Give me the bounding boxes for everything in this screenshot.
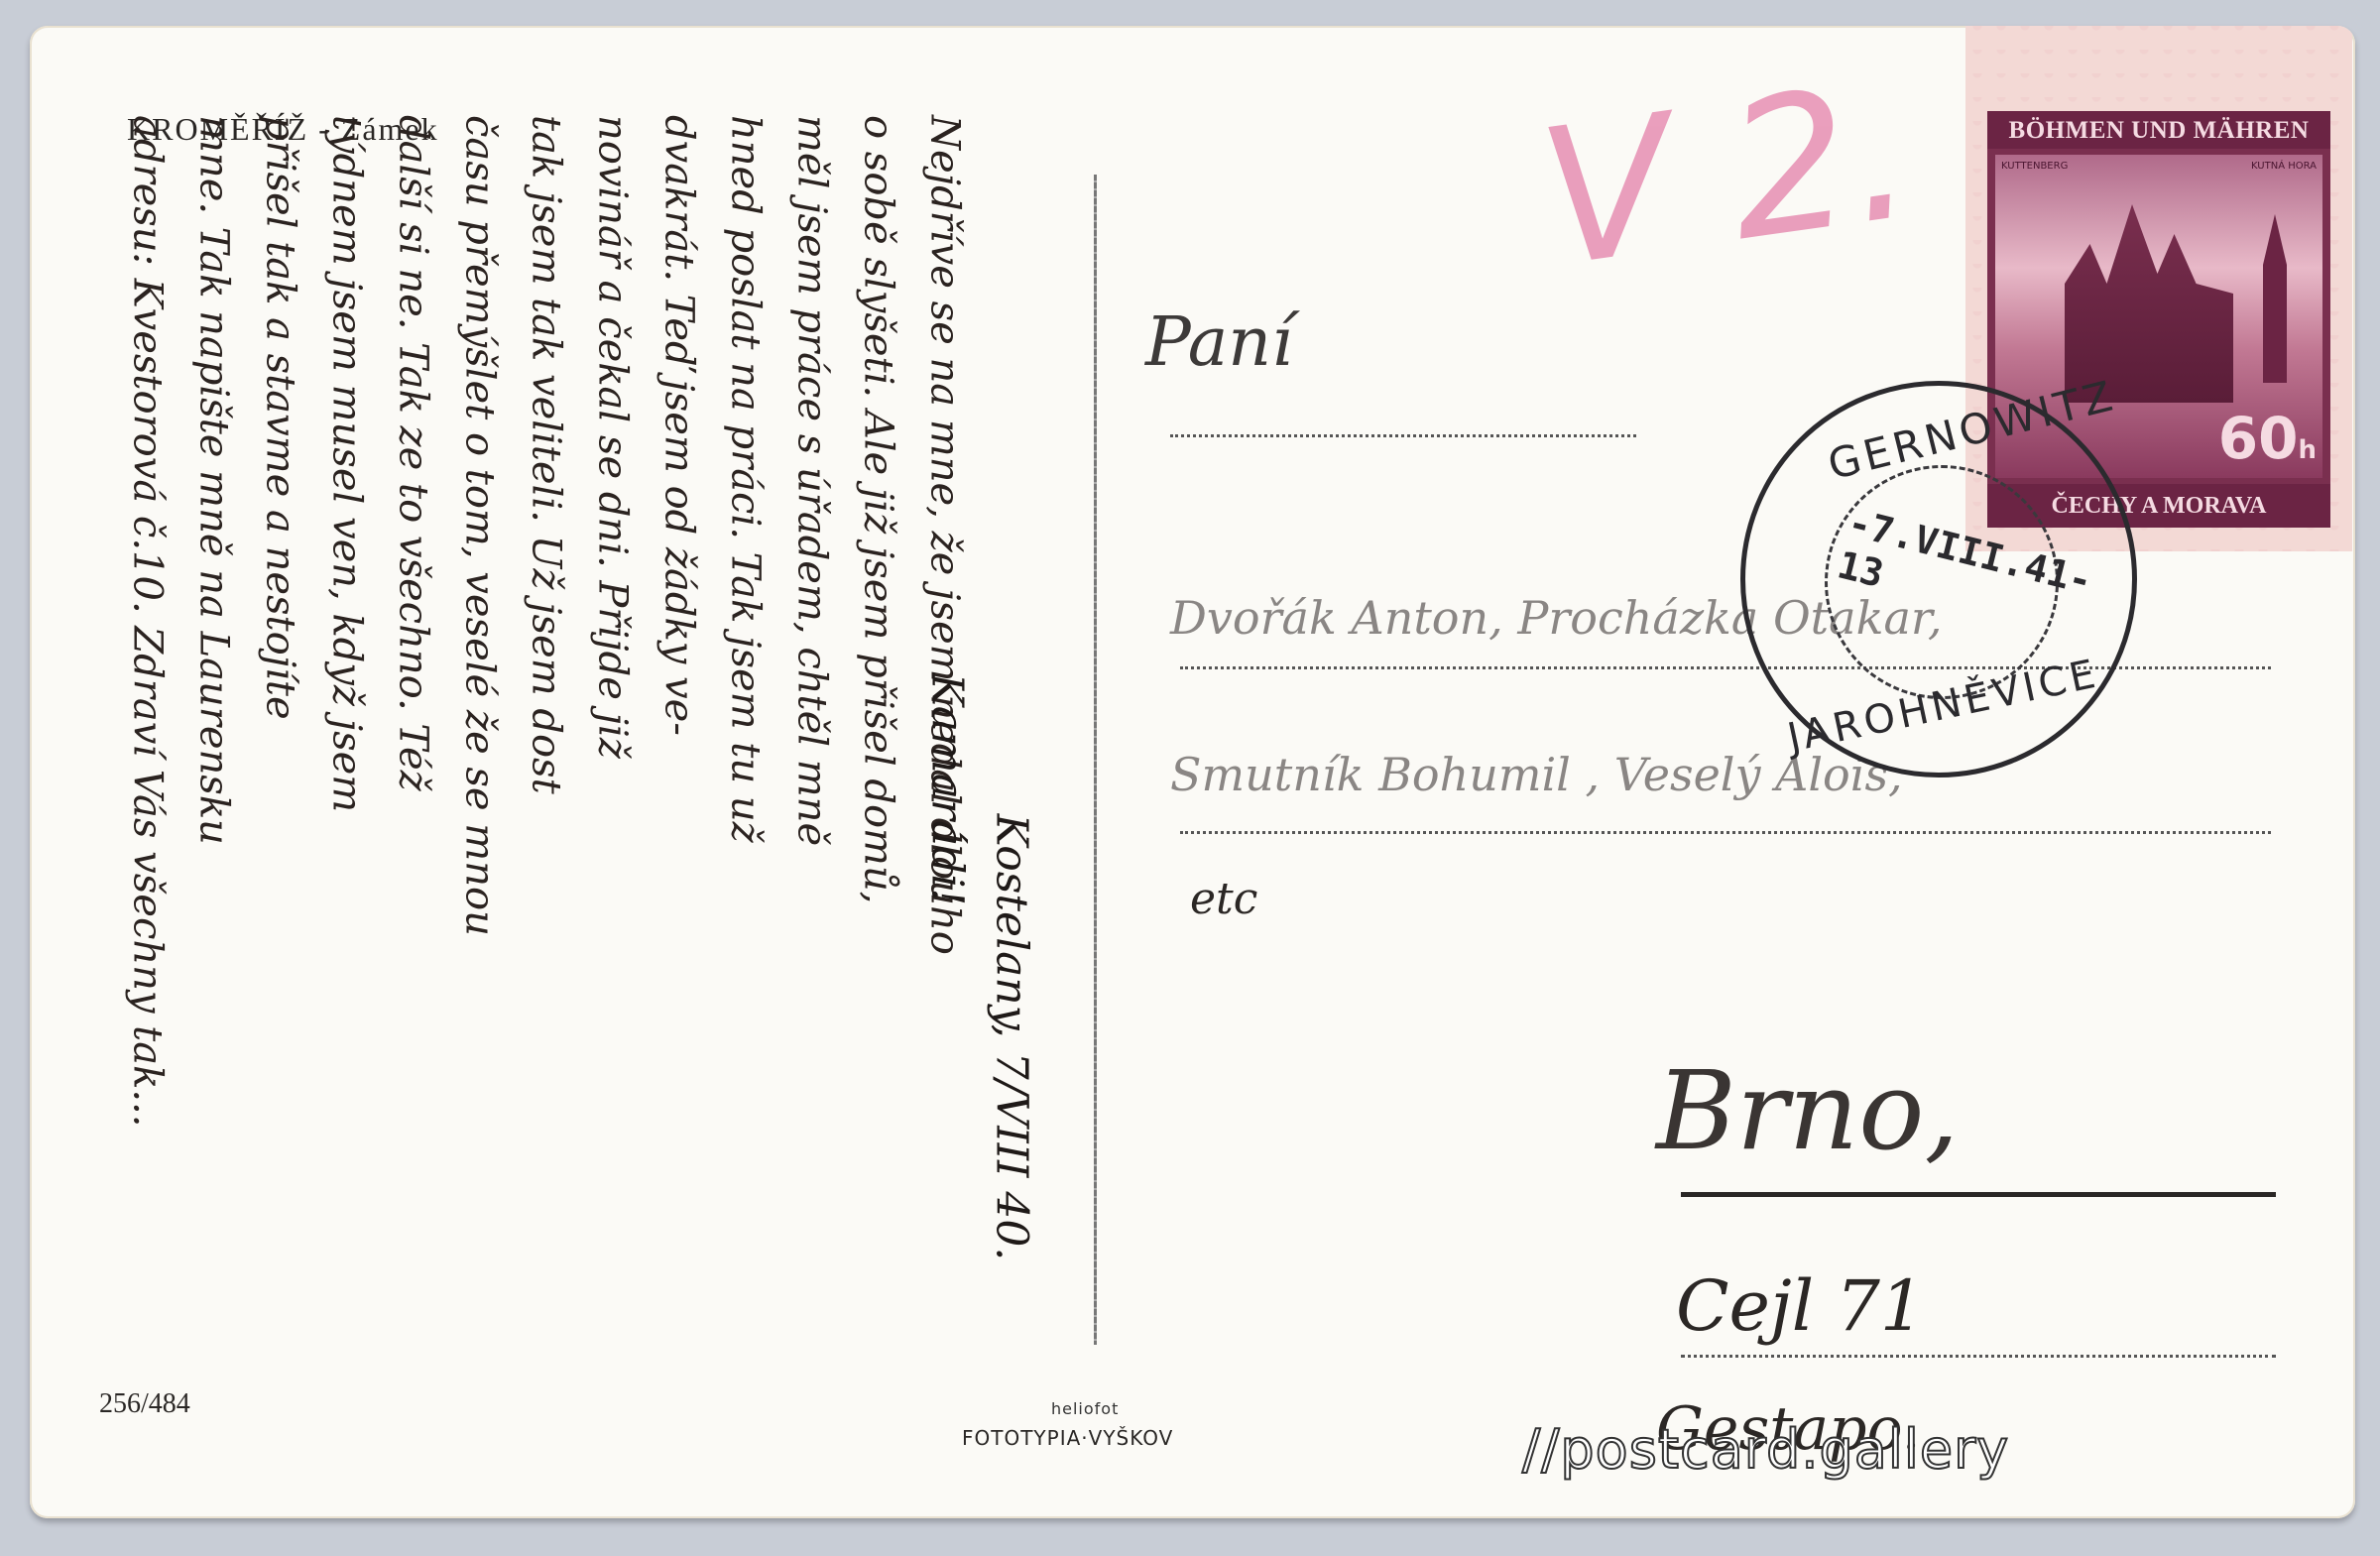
maker-heliofot: heliofot	[1051, 1399, 1119, 1418]
message-line: tak jsem tak veliteli. Už jsem dost	[513, 115, 579, 1484]
message-line: času přemýšlet o tom, veselé že se mnou	[446, 115, 513, 1484]
message-line: měl jsem práce s úřadem, chtěl mně	[778, 115, 845, 1484]
address-line-5	[1681, 1355, 2276, 1358]
center-divider	[1094, 175, 1097, 1345]
message-line: dvakrát. Teď jsem od žádky ve-	[646, 115, 712, 1484]
stamp-caption-left: KUTTENBERG	[2001, 161, 2068, 172]
address-street: Cejl 71	[1676, 1265, 1924, 1347]
serial-number: 256/484	[99, 1388, 190, 1420]
cathedral-icon	[2065, 204, 2233, 403]
tower-icon	[2255, 214, 2295, 383]
address-salutation: Paní	[1145, 303, 1293, 382]
stamp-caption-right: KUTNÁ HORA	[2251, 161, 2317, 172]
postcard: KROMĚŘÍŽ - Zámek Nejdříve se na mne, že …	[30, 26, 2355, 1518]
stamp-country: BÖHMEN UND MÄHREN	[1987, 111, 2330, 149]
message-line: týdnem jsem musel ven, když jsem	[313, 115, 380, 1484]
postmark: GERNOWITZ -7.VIII.41-13 JAROHNĚVICE	[1740, 381, 2137, 778]
stamp-value: 60h	[2218, 405, 2317, 472]
message-line: další si ne. Tak ze to všechno. Též	[380, 115, 446, 1484]
message-line: hned poslat na práci. Tak jsem tu už	[712, 115, 778, 1484]
message-line: o sobě slyšeti. Ale již jsem přišel domů…	[845, 115, 911, 1484]
message-line: přišel tak a stavme a nestojíte	[247, 115, 313, 1484]
message-salutation: Kamarádi!	[917, 641, 977, 938]
address-line-1	[1170, 434, 1636, 437]
message-line: adresu: Kvestorová č.10. Zdraví Vás všec…	[114, 115, 180, 1484]
handwritten-message: Nejdříve se na mne, že jsem nedal dlouho…	[50, 95, 1041, 1503]
watermark: //postcard.gallery	[1522, 1418, 2009, 1481]
message-lines: Nejdříve se na mne, že jsem nedal dlouho…	[114, 115, 978, 1484]
message-place-date: Kostelany, 7/VIII 40.	[982, 720, 1041, 1355]
address-line-3	[1180, 831, 2271, 834]
pencil-mark: V 2.	[1528, 41, 1924, 309]
message-line: novinář a čekal se dni. Přijde již	[579, 115, 646, 1484]
address-etc: etc	[1190, 874, 1257, 924]
address-city: Brno,	[1656, 1047, 1959, 1174]
message-line: mne. Tak napište mně na Laurensku	[180, 115, 247, 1484]
maker-fototypia: FOTOTYPIA·VYŠKOV	[962, 1426, 1173, 1450]
city-underline	[1681, 1192, 2276, 1197]
